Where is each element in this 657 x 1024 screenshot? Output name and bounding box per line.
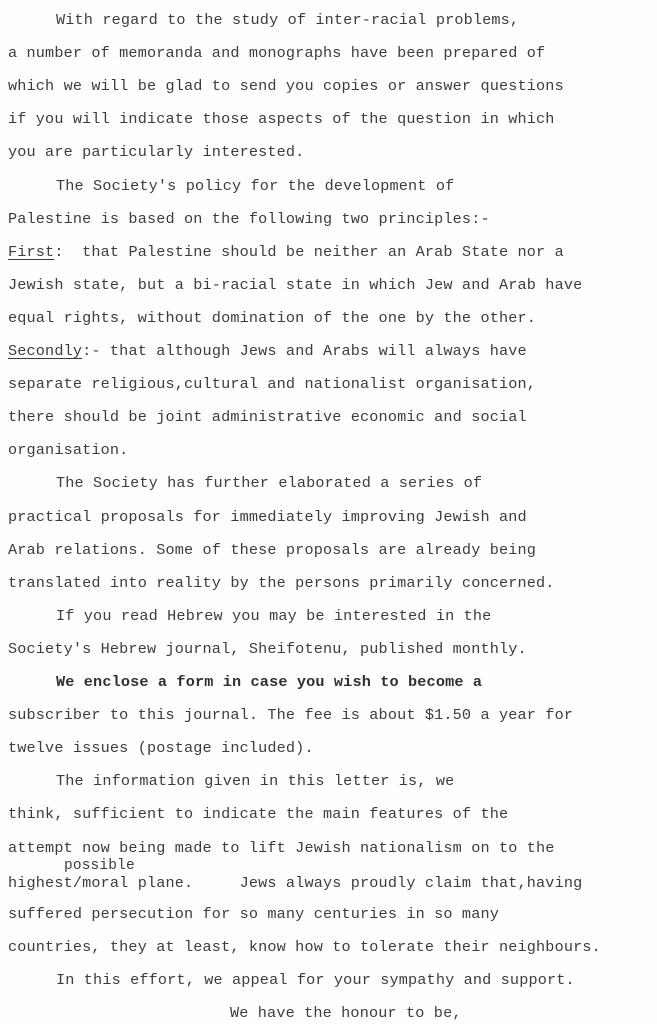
- line-text: practical proposals for immediately impr…: [8, 508, 527, 526]
- line-text: if you will indicate those aspects of th…: [8, 110, 555, 128]
- line-text: : that Palestine should be neither an Ar…: [54, 243, 564, 261]
- line-text: If you read Hebrew you may be interested…: [56, 607, 491, 625]
- principle-label: First: [8, 243, 54, 261]
- text-line: The information given in this letter is,…: [56, 771, 454, 791]
- text-line: organisation.: [8, 440, 128, 460]
- text-line: With regard to the study of inter-racial…: [56, 10, 519, 30]
- text-line: there should be joint administrative eco…: [8, 407, 527, 427]
- principle-label: Secondly: [8, 342, 82, 360]
- line-text: With regard to the study of inter-racial…: [56, 11, 519, 29]
- line-text: Society's Hebrew journal, Sheifotenu, pu…: [8, 640, 527, 658]
- line-text: attempt now being made to lift Jewish na…: [8, 839, 555, 857]
- text-line: We enclose a form in case you wish to be…: [56, 672, 482, 692]
- text-line: a number of memoranda and monographs hav…: [8, 43, 545, 63]
- text-line: Jewish state, but a bi-racial state in w…: [8, 275, 582, 295]
- text-line: think, sufficient to indicate the main f…: [8, 804, 508, 824]
- text-line: Palestine is based on the following two …: [8, 209, 490, 229]
- text-line: separate religious,cultural and national…: [8, 374, 536, 394]
- line-text: The Society has further elaborated a ser…: [56, 474, 482, 492]
- text-line: translated into reality by the persons p…: [8, 573, 555, 593]
- line-text: In this effort, we appeal for your sympa…: [56, 971, 575, 989]
- line-text: twelve issues (postage included).: [8, 739, 314, 757]
- line-text: you are particularly interested.: [8, 143, 304, 161]
- text-line: equal rights, without domination of the …: [8, 308, 536, 328]
- line-text: Arab relations. Some of these proposals …: [8, 541, 536, 559]
- text-line: In this effort, we appeal for your sympa…: [56, 970, 575, 990]
- letter-page: With regard to the study of inter-racial…: [0, 0, 657, 1024]
- line-text: translated into reality by the persons p…: [8, 574, 555, 592]
- line-text: Palestine is based on the following two …: [8, 210, 490, 228]
- line-text: there should be joint administrative eco…: [8, 408, 527, 426]
- line-text: subscriber to this journal. The fee is a…: [8, 706, 573, 724]
- line-text: which we will be glad to send you copies…: [8, 77, 564, 95]
- line-text: think, sufficient to indicate the main f…: [8, 805, 508, 823]
- text-line: you are particularly interested.: [8, 142, 304, 162]
- line-text: We enclose a form in case you wish to be…: [56, 673, 482, 691]
- line-text: The Society's policy for the development…: [56, 177, 454, 195]
- line-text: We have the honour to be,: [230, 1004, 462, 1022]
- line-text: Jewish state, but a bi-racial state in w…: [8, 276, 582, 294]
- text-line: First: that Palestine should be neither …: [8, 242, 564, 262]
- closing-line: We have the honour to be,: [230, 1003, 462, 1023]
- text-line: subscriber to this journal. The fee is a…: [8, 705, 573, 725]
- line-text: organisation.: [8, 441, 128, 459]
- line-text: :- that although Jews and Arabs will alw…: [82, 342, 527, 360]
- text-line: if you will indicate those aspects of th…: [8, 109, 555, 129]
- text-line: countries, they at least, know how to to…: [8, 937, 601, 957]
- text-line: highest/moral plane. Jews always proudly…: [8, 873, 582, 893]
- text-line: which we will be glad to send you copies…: [8, 76, 564, 96]
- text-line: Secondly:- that although Jews and Arabs …: [8, 341, 527, 361]
- text-line: If you read Hebrew you may be interested…: [56, 606, 491, 626]
- line-text: a number of memoranda and monographs hav…: [8, 44, 545, 62]
- text-line: suffered persecution for so many centuri…: [8, 904, 499, 924]
- line-text: separate religious,cultural and national…: [8, 375, 536, 393]
- text-line: attempt now being made to lift Jewish na…: [8, 838, 555, 858]
- line-text: The information given in this letter is,…: [56, 772, 454, 790]
- text-line: practical proposals for immediately impr…: [8, 507, 527, 527]
- text-line: twelve issues (postage included).: [8, 738, 314, 758]
- line-text: countries, they at least, know how to to…: [8, 938, 601, 956]
- text-line: Society's Hebrew journal, Sheifotenu, pu…: [8, 639, 527, 659]
- text-line: The Society's policy for the development…: [56, 176, 454, 196]
- text-line: The Society has further elaborated a ser…: [56, 473, 482, 493]
- line-text: suffered persecution for so many centuri…: [8, 905, 499, 923]
- line-text: equal rights, without domination of the …: [8, 309, 536, 327]
- line-text: highest/moral plane. Jews always proudly…: [8, 874, 582, 892]
- text-line: Arab relations. Some of these proposals …: [8, 540, 536, 560]
